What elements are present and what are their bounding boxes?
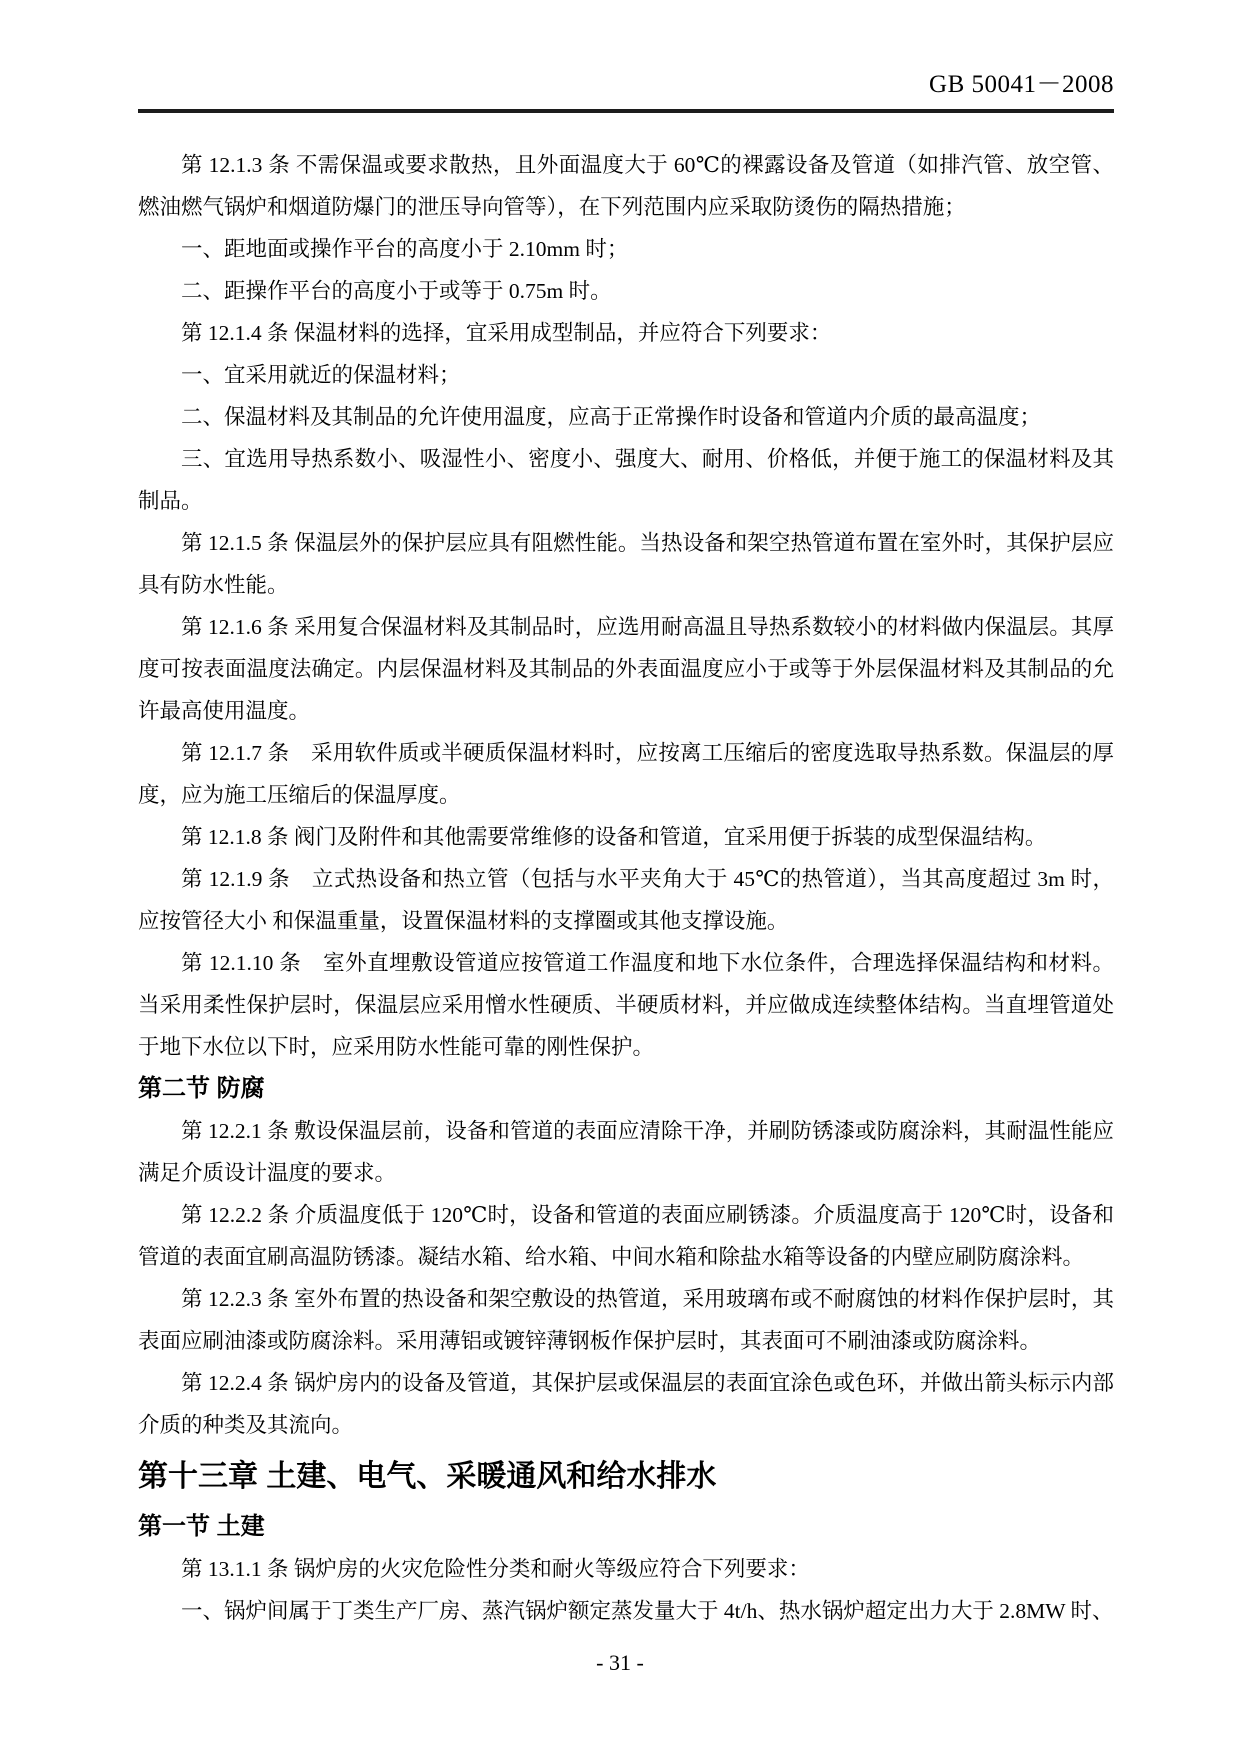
list-item: 一、距地面或操作平台的高度小于 2.10mm 时；	[138, 228, 1114, 270]
list-item: 二、距操作平台的高度小于或等于 0.75m 时。	[138, 270, 1114, 312]
clause-12-1-10: 第 12.1.10 条 室外直埋敷设管道应按管道工作温度和地下水位条件，合理选择…	[138, 942, 1114, 1068]
clause-12-1-6: 第 12.1.6 条 采用复合保温材料及其制品时，应选用耐高温且导热系数较小的材…	[138, 606, 1114, 732]
page-number: - 31 -	[596, 1650, 644, 1675]
section-2-heading: 第二节 防腐	[138, 1068, 1114, 1110]
section-1-heading: 第一节 土建	[138, 1506, 1114, 1548]
doc-number: GB 50041－2008	[138, 70, 1114, 100]
list-item: 三、宜选用导热系数小、吸湿性小、密度小、强度大、耐用、价格低，并便于施工的保温材…	[138, 438, 1114, 522]
chapter-13-heading: 第十三章 土建、电气、采暖通风和给水排水	[138, 1448, 1114, 1506]
page-footer: - 31 -	[0, 1648, 1240, 1678]
clause-12-1-7: 第 12.1.7 条 采用软件质或半硬质保温材料时，应按离工压缩后的密度选取导热…	[138, 732, 1114, 816]
clause-12-1-3: 第 12.1.3 条 不需保温或要求散热，且外面温度大于 60℃的裸露设备及管道…	[138, 144, 1114, 228]
clause-12-2-4: 第 12.2.4 条 锅炉房内的设备及管道，其保护层或保温层的表面宜涂色或色环，…	[138, 1362, 1114, 1446]
clause-12-2-2: 第 12.2.2 条 介质温度低于 120℃时，设备和管道的表面应刷锈漆。介质温…	[138, 1194, 1114, 1278]
clause-12-1-8: 第 12.1.8 条 阀门及附件和其他需要常维修的设备和管道，宜采用便于拆装的成…	[138, 816, 1114, 858]
list-item: 一、锅炉间属于丁类生产厂房、蒸汽锅炉额定蒸发量大于 4t/h、热水锅炉超定出力大…	[138, 1590, 1114, 1632]
document-body: 第 12.1.3 条 不需保温或要求散热，且外面温度大于 60℃的裸露设备及管道…	[138, 144, 1114, 1632]
clause-12-1-5: 第 12.1.5 条 保温层外的保护层应具有阻燃性能。当热设备和架空热管道布置在…	[138, 522, 1114, 606]
clause-12-2-1: 第 12.2.1 条 敷设保温层前，设备和管道的表面应清除干净，并刷防锈漆或防腐…	[138, 1110, 1114, 1194]
document-page: GB 50041－2008 第 12.1.3 条 不需保温或要求散热，且外面温度…	[0, 0, 1240, 1754]
clause-12-1-9: 第 12.1.9 条 立式热设备和热立管（包括与水平夹角大于 45℃的热管道），…	[138, 858, 1114, 942]
page-header: GB 50041－2008	[138, 0, 1114, 113]
list-item: 二、保温材料及其制品的允许使用温度，应高于正常操作时设备和管道内介质的最高温度；	[138, 396, 1114, 438]
clause-12-2-3: 第 12.2.3 条 室外布置的热设备和架空敷设的热管道，采用玻璃布或不耐腐蚀的…	[138, 1278, 1114, 1362]
list-item: 一、宜采用就近的保温材料；	[138, 354, 1114, 396]
header-rule	[138, 109, 1114, 113]
clause-12-1-4: 第 12.1.4 条 保温材料的选择，宜采用成型制品，并应符合下列要求：	[138, 312, 1114, 354]
clause-13-1-1: 第 13.1.1 条 锅炉房的火灾危险性分类和耐火等级应符合下列要求：	[138, 1548, 1114, 1590]
